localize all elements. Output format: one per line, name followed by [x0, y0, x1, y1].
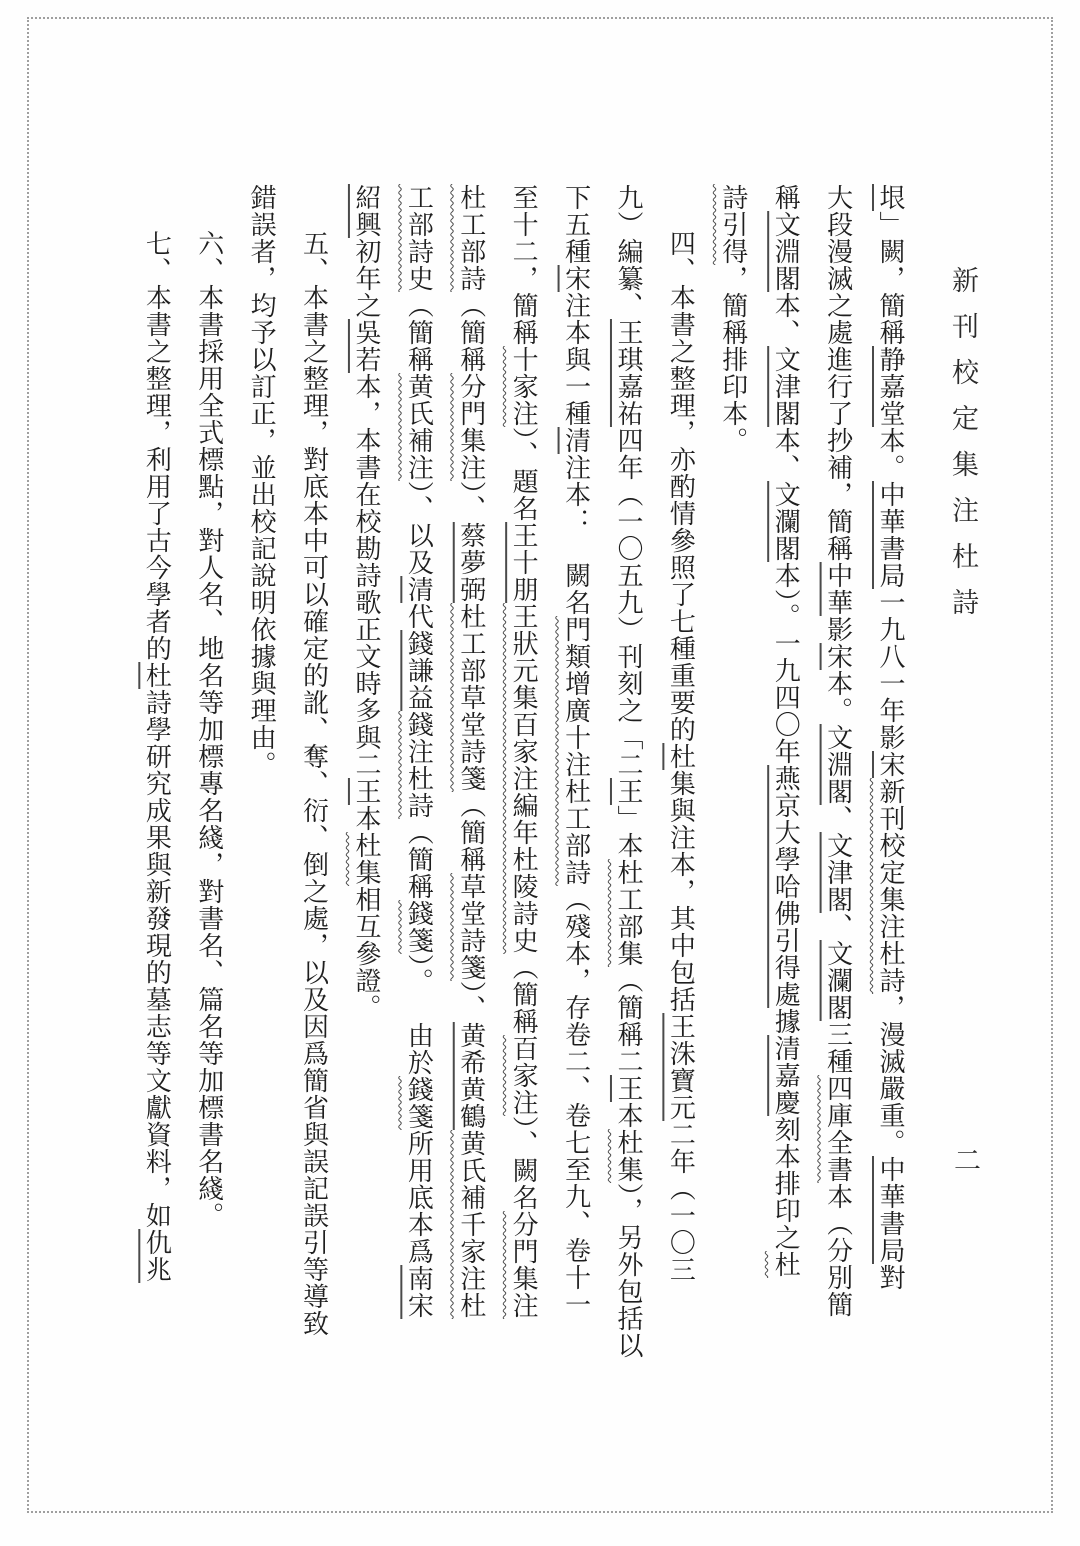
- page-number: 二: [946, 1146, 985, 1173]
- text-column: 五、本書之整理，對底本中可以確定的訛、奪、衍、倒之處，以及因爲簡省與誤記誤引等導…: [287, 184, 339, 1384]
- proper-name-marked-text: 文津閣: [771, 346, 800, 427]
- book-title-marked-text: 錢箋: [404, 1076, 433, 1130]
- proper-name-marked-text: 文瀾閣: [771, 481, 800, 562]
- book-title-marked-text: 黄氏補千家注杜: [457, 1130, 486, 1319]
- plain-text: 四年（一〇五九）刊刻之「二: [614, 427, 643, 778]
- plain-text: 集與注本，其中包括: [666, 770, 695, 1013]
- plain-text: 本: [614, 1102, 643, 1129]
- book-title-marked-text: 黄氏補注: [404, 373, 433, 481]
- proper-name-marked-text: 王: [614, 1075, 643, 1102]
- proper-name-marked-text: 清: [562, 427, 591, 454]
- proper-name-marked-text: 蔡夢弼: [457, 522, 486, 603]
- plain-text: 本。: [876, 427, 905, 481]
- proper-name-marked-text: 嘉祐: [614, 373, 643, 427]
- text-column: 杜工部詩（簡稱分門集注）、蔡夢弼杜工部草堂詩箋（簡稱草堂詩箋）、黄希黄鶴黄氏補千…: [444, 184, 496, 1384]
- text-column: 稱文淵閣本、文津閣本、文瀾閣本）。一九四〇年燕京大學哈佛引得處據清嘉慶刻本排印之…: [759, 184, 811, 1384]
- text-column: 七、本書之整理，利用了古今學者的杜詩學研究成果與新發現的墓志等文獻資料，如仇兆: [130, 184, 182, 1384]
- text-column: 四、本書之整理，亦酌情參照了七種重要的杜集與注本，其中包括王洙寶元二年（一〇三: [654, 184, 706, 1384]
- proper-name-marked-text: 嘉慶: [771, 1062, 800, 1116]
- proper-name-marked-text: 南宋: [404, 1265, 433, 1319]
- proper-name-marked-text: 黄希: [457, 1022, 486, 1076]
- text-column: 大段漫滅之處進行了抄補，簡稱中華影宋本。文淵閣、文津閣、文瀾閣三種四庫全書本（分…: [811, 184, 863, 1384]
- plain-text: 本（分別簡: [824, 1183, 853, 1318]
- plain-text: （簡稱: [457, 292, 486, 373]
- proper-name-marked-text: 王洙: [666, 1013, 695, 1067]
- plain-text: 錯誤者，均予以訂正，並出校記說明依據與理由。: [247, 184, 276, 778]
- text-column: 錯誤者，均予以訂正，並出校記說明依據與理由。: [235, 184, 287, 1384]
- running-title: 新刊校定集注杜詩: [944, 266, 983, 634]
- text-column: 垠」闕，簡稱静嘉堂本。中華書局一九八一年影宋新刊校定集注杜詩，漫滅嚴重。中華書局…: [864, 184, 916, 1384]
- plain-text: （簡稱: [457, 792, 486, 873]
- plain-text: 本、: [771, 292, 800, 346]
- plain-text: 下五種: [562, 184, 591, 265]
- proper-name-marked-text: 中華書局: [876, 481, 905, 589]
- proper-name-marked-text: 静嘉堂: [876, 346, 905, 427]
- proper-name-marked-text: 紹興: [352, 184, 381, 238]
- book-title-marked-text: 百家注: [509, 1035, 538, 1116]
- plain-text: ）、: [457, 981, 486, 1022]
- plain-text: 四、本書之整理，亦酌情參照了七種重要的: [666, 230, 695, 743]
- book-title-marked-text: 詩引得: [719, 184, 748, 265]
- plain-text: 注本：: [562, 454, 591, 535]
- book-title-marked-text: 錢注杜詩: [404, 711, 433, 819]
- plain-text: ）、: [457, 481, 486, 522]
- book-title-marked-text: 杜工部集: [614, 859, 643, 967]
- book-title-marked-text: 門類增廣十注杜工部詩: [562, 616, 591, 886]
- plain-text: ）、以及: [404, 481, 433, 576]
- proper-name-marked-text: 吳若: [352, 319, 381, 373]
- plain-text: 刻本排印之: [771, 1116, 800, 1251]
- book-title-marked-text: 分門集注: [457, 373, 486, 481]
- plain-text: 一九八一年影: [876, 589, 905, 751]
- book-title-marked-text: 杜集: [352, 832, 381, 886]
- book-title-marked-text: 錢箋: [404, 900, 433, 954]
- plain-text: ）、題名: [509, 427, 538, 522]
- plain-text: ，漫滅嚴重。: [876, 994, 905, 1156]
- plain-text: ，簡稱排印本。: [719, 265, 748, 454]
- plain-text: 影: [824, 616, 853, 643]
- main-text-block: 垠」闕，簡稱静嘉堂本。中華書局一九八一年影宋新刊校定集注杜詩，漫滅嚴重。中華書局…: [128, 184, 916, 1384]
- plain-text: 代: [404, 603, 433, 630]
- proper-name-marked-text: 王: [352, 778, 381, 805]
- text-column: 六、本書採用全式標點，對人名、地名等加標專名綫，對書名、篇名等加標書名綫。: [182, 184, 234, 1384]
- plain-text: 」本: [614, 805, 643, 859]
- proper-name-marked-text: 燕京大學: [771, 765, 800, 873]
- book-title-marked-text: 杜工部詩: [457, 184, 486, 292]
- book-title-marked-text: 分門集注: [509, 1211, 538, 1319]
- proper-name-marked-text: 清: [771, 1035, 800, 1062]
- plain-text: 詩學研究成果與新發現的墓志等文獻資料，如: [142, 689, 171, 1229]
- proper-name-marked-text: 文淵閣: [824, 724, 853, 805]
- proper-name-marked-text: 文淵閣: [771, 211, 800, 292]
- proper-name-marked-text: 宋: [876, 751, 905, 778]
- plain-text: 初年之: [352, 238, 381, 319]
- proper-name-marked-text: 宋: [824, 643, 853, 670]
- plain-text: 對: [876, 1264, 905, 1291]
- plain-text: 二年（一〇三: [666, 1121, 695, 1283]
- plain-text: 」闕，簡稱: [876, 211, 905, 346]
- plain-text: 相互參證。: [352, 886, 381, 1021]
- plain-text: 三種: [824, 1021, 853, 1075]
- proper-name-marked-text: 黄鶴: [457, 1076, 486, 1130]
- proper-name-marked-text: 仇兆: [142, 1229, 171, 1283]
- plain-text: 本: [352, 805, 381, 832]
- plain-text: 據: [771, 1008, 800, 1035]
- plain-text: ），另外包括以: [614, 1183, 643, 1359]
- book-title-marked-text: 四庫全書: [824, 1075, 853, 1183]
- plain-text: （簡稱: [404, 292, 433, 373]
- proper-name-marked-text: 清: [404, 576, 433, 603]
- proper-name-marked-text: 中華: [824, 562, 853, 616]
- plain-text: 闕名: [562, 562, 591, 616]
- plain-text: 六、本書採用全式標點，對人名、地名等加標專名綫，對書名、篇名等加標書名綫。: [195, 230, 224, 1229]
- proper-name-marked-text: 垠: [876, 184, 905, 211]
- proper-name-marked-text: 宋: [562, 265, 591, 292]
- proper-name-marked-text: 杜: [142, 662, 171, 689]
- text-column: 紹興初年之吳若本，本書在校勘詩歌正文時多與二王本杜集相互參證。: [340, 184, 392, 1384]
- proper-name-marked-text: 文津閣: [824, 832, 853, 913]
- plain-text: 大段漫滅之處進行了抄補，簡稱: [824, 184, 853, 562]
- proper-name-marked-text: 哈佛引得處: [771, 873, 800, 1008]
- proper-name-marked-text: 王十朋: [509, 522, 538, 603]
- plain-text: 、: [824, 805, 853, 832]
- text-column: 工部詩史（簡稱黄氏補注）、以及清代錢謙益錢注杜詩（簡稱錢箋）。由於錢箋所用底本爲…: [392, 184, 444, 1384]
- plain-text: 本）。一九四〇年: [771, 562, 800, 765]
- plain-text: （簡稱: [509, 954, 538, 1035]
- book-title-marked-text: 工部詩史: [404, 184, 433, 292]
- plain-text: ）、闕名: [509, 1116, 538, 1211]
- page: 新刊校定集注杜詩 垠」闕，簡稱静嘉堂本。中華書局一九八一年影宋新刊校定集注杜詩，…: [0, 0, 1080, 1546]
- plain-text: 本，本書在校勘詩歌正文時多與二: [352, 373, 381, 778]
- plain-text: 本、: [771, 427, 800, 481]
- plain-text: 、: [824, 913, 853, 940]
- proper-name-marked-text: 杜: [666, 743, 695, 770]
- book-title-marked-text: 杜: [771, 1251, 800, 1278]
- proper-name-marked-text: 王琪: [614, 319, 643, 373]
- plain-text: 七、本書之整理，利用了古今學者的: [142, 230, 171, 662]
- text-column: 九）編纂、王琪嘉祐四年（一〇五九）刊刻之「二王」本杜工部集（簡稱二王本杜集），另…: [602, 184, 654, 1384]
- proper-name-marked-text: 中華書局: [876, 1156, 905, 1264]
- book-title-marked-text: 草堂詩箋: [457, 873, 486, 981]
- book-title-marked-text: 新刊校定集注杜詩: [876, 778, 905, 994]
- proper-name-marked-text: 寶元: [666, 1067, 695, 1121]
- plain-text: 九）編纂、: [614, 184, 643, 319]
- proper-name-marked-text: 王: [614, 778, 643, 805]
- plain-text: （簡稱: [404, 819, 433, 900]
- text-column: 下五種宋注本與一種清注本：闕名門類增廣十注杜工部詩（殘本，存卷二、卷七至九、卷十…: [549, 184, 601, 1384]
- proper-name-marked-text: 錢謙益: [404, 630, 433, 711]
- plain-text: 稱: [771, 184, 800, 211]
- book-title-marked-text: 杜集: [614, 1129, 643, 1183]
- plain-text: 本。: [824, 670, 853, 724]
- plain-text: 所用底本爲: [404, 1130, 433, 1265]
- text-column: 詩引得，簡稱排印本。: [706, 184, 758, 1384]
- book-title-marked-text: 王狀元集百家注編年杜陵詩史: [509, 603, 538, 954]
- plain-text: ）。: [404, 954, 433, 995]
- plain-text: （簡稱二: [614, 967, 643, 1075]
- plain-text: 至十二，簡稱: [509, 184, 538, 346]
- plain-text: （殘本，存卷二、卷七至九、卷十一: [562, 886, 591, 1318]
- book-title-marked-text: 杜工部草堂詩箋: [457, 603, 486, 792]
- plain-text: 五、本書之整理，對底本中可以確定的訛、奪、衍、倒之處，以及因爲簡省與誤記誤引等導…: [300, 230, 329, 1337]
- proper-name-marked-text: 文瀾閣: [824, 940, 853, 1021]
- plain-text: 由於: [404, 1022, 433, 1076]
- plain-text: 注本與一種: [562, 292, 591, 427]
- text-column: 至十二，簡稱十家注）、題名王十朋王狀元集百家注編年杜陵詩史（簡稱百家注）、闕名分…: [497, 184, 549, 1384]
- book-title-marked-text: 十家注: [509, 346, 538, 427]
